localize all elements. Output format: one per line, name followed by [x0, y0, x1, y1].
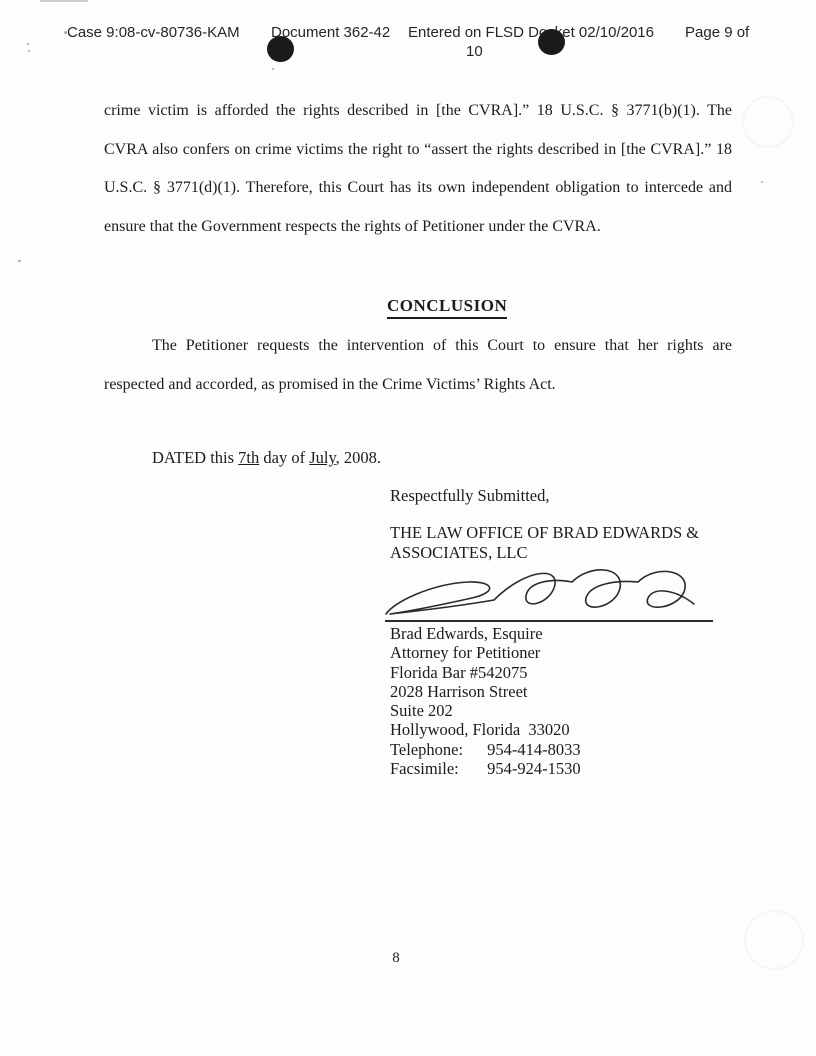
scan-speck	[761, 181, 763, 183]
scanned-court-document-page: Case 9:08-cv-80736-KAM Document 362-42 E…	[0, 0, 816, 1056]
respectfully-submitted: Respectfully Submitted,	[390, 486, 549, 506]
paragraph-line: CVRA also confers on crime victims the r…	[104, 131, 732, 170]
header-case-number: Case 9:08-cv-80736-KAM	[67, 24, 240, 41]
telephone-row: Telephone: 954-414-8033	[390, 740, 581, 759]
paragraph-line: respected and accorded, as promised in t…	[104, 366, 732, 405]
facsimile-value: 954-924-1530	[487, 759, 581, 778]
scan-edge-artifact	[40, 0, 88, 2]
scan-ghost-circle	[744, 910, 804, 970]
address-city: Hollywood, Florida 33020	[390, 720, 581, 739]
attorney-name: Brad Edwards, Esquire	[390, 624, 581, 643]
facsimile-label: Facsimile:	[390, 759, 483, 778]
header-page-indicator: Page 9 of	[685, 24, 749, 41]
body-paragraph-cvra: crime victim is afforded the rights desc…	[104, 92, 732, 246]
telephone-value: 954-414-8033	[487, 740, 581, 759]
signature-line	[385, 620, 713, 622]
handwritten-signature	[376, 554, 706, 626]
address-suite: Suite 202	[390, 701, 581, 720]
telephone-label: Telephone:	[390, 740, 483, 759]
attorney-title: Attorney for Petitioner	[390, 643, 581, 662]
law-firm-line1: THE LAW OFFICE OF BRAD EDWARDS &	[390, 523, 699, 543]
dated-suffix: , 2008.	[336, 448, 381, 467]
paragraph-line: The Petitioner requests the intervention…	[104, 327, 732, 366]
dated-middle: day of	[259, 448, 309, 467]
punch-hole-dot-icon	[538, 29, 565, 55]
scan-ghost-circle	[742, 96, 794, 148]
scan-speck	[272, 68, 274, 70]
paragraph-line: U.S.C. § 3771(d)(1). Therefore, this Cou…	[104, 169, 732, 208]
dated-day: 7th	[238, 448, 259, 467]
facsimile-row: Facsimile: 954-924-1530	[390, 759, 581, 778]
dated-prefix: DATED this	[152, 448, 238, 467]
scan-speck	[28, 50, 30, 52]
bar-number: Florida Bar #542075	[390, 663, 581, 682]
scan-speck	[27, 43, 29, 45]
dated-month: July	[309, 448, 335, 467]
scan-speck	[64, 31, 67, 34]
scan-speck	[18, 260, 21, 262]
address-street: 2028 Harrison Street	[390, 682, 581, 701]
paragraph-line: crime victim is afforded the rights desc…	[104, 92, 732, 131]
punch-hole-dot-icon	[267, 36, 294, 62]
footer-page-number: 8	[366, 950, 426, 967]
paragraph-line: ensure that the Government respects the …	[104, 208, 732, 247]
header-page-indicator-wrap: 10	[466, 43, 483, 60]
attorney-info-block: Brad Edwards, Esquire Attorney for Petit…	[390, 624, 581, 778]
body-paragraph-conclusion: The Petitioner requests the intervention…	[104, 327, 732, 404]
conclusion-heading: CONCLUSION	[387, 296, 507, 319]
header-entered-docket: Entered on FLSD Docket 02/10/2016	[408, 24, 654, 41]
dated-line: DATED this 7th day of July, 2008.	[152, 448, 381, 468]
